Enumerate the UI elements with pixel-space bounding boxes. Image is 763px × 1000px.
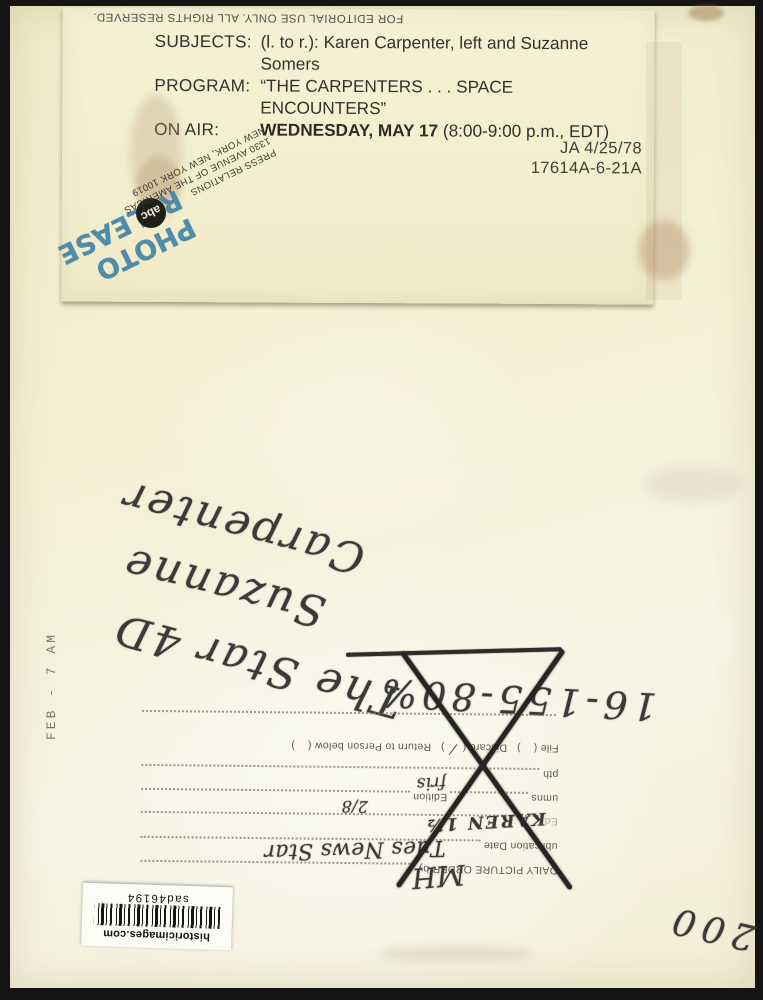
editorial-use-notice: FOR EDITORIAL USE ONLY. ALL RIGHTS RESER… (93, 11, 404, 25)
ref-negative-number: 17614A-6-21A (460, 158, 642, 179)
barcode-sticker: historicimages.com sad46194 (81, 883, 233, 951)
columns-label: umns (531, 792, 558, 804)
form-row-order-by: DAILY PICTURE ORDER by (137, 860, 557, 880)
depth-label: pth (543, 768, 559, 780)
date-received-stamp: FEB - 7 AM (44, 590, 62, 740)
press-release-fields: SUBJECTS: (l. to r.): Karen Carpenter, l… (154, 30, 637, 143)
subjects-value-line2: Somers (260, 52, 636, 76)
dotted-line (142, 710, 556, 728)
sticker-code: sad46194 (126, 891, 189, 905)
file-discard-post: ) Return to Person below ( ) (291, 739, 451, 753)
subjects-value-line1: (l. to r.): Karen Carpenter, left and Su… (261, 30, 637, 54)
editor-label: Ed (544, 815, 558, 827)
on-air-date: WEDNESDAY, MAY 17 (260, 119, 438, 140)
sticker-website: historicimages.com (103, 927, 210, 942)
dotted-line (141, 788, 410, 805)
depth-handwriting: fris (416, 772, 447, 794)
program-value-line1: “THE CARPENTERS . . . SPACE (260, 74, 636, 98)
program-label: PROGRAM: (154, 74, 260, 97)
scanned-photo-back: FOR EDITORIAL USE ONLY. ALL RIGHTS RESER… (0, 0, 763, 1000)
program-value-line2: ENCOUNTERS” (260, 96, 636, 120)
subjects-label: SUBJECTS: (155, 30, 261, 53)
ref-date: JA 4/25/78 (460, 138, 642, 159)
edition-handwriting: 2/8 (341, 797, 368, 816)
barcode (94, 903, 221, 929)
reference-numbers: JA 4/25/78 17614A-6-21A (460, 138, 642, 179)
order-by-initials: MH (410, 858, 466, 895)
form-row-bottom-line (139, 710, 559, 730)
